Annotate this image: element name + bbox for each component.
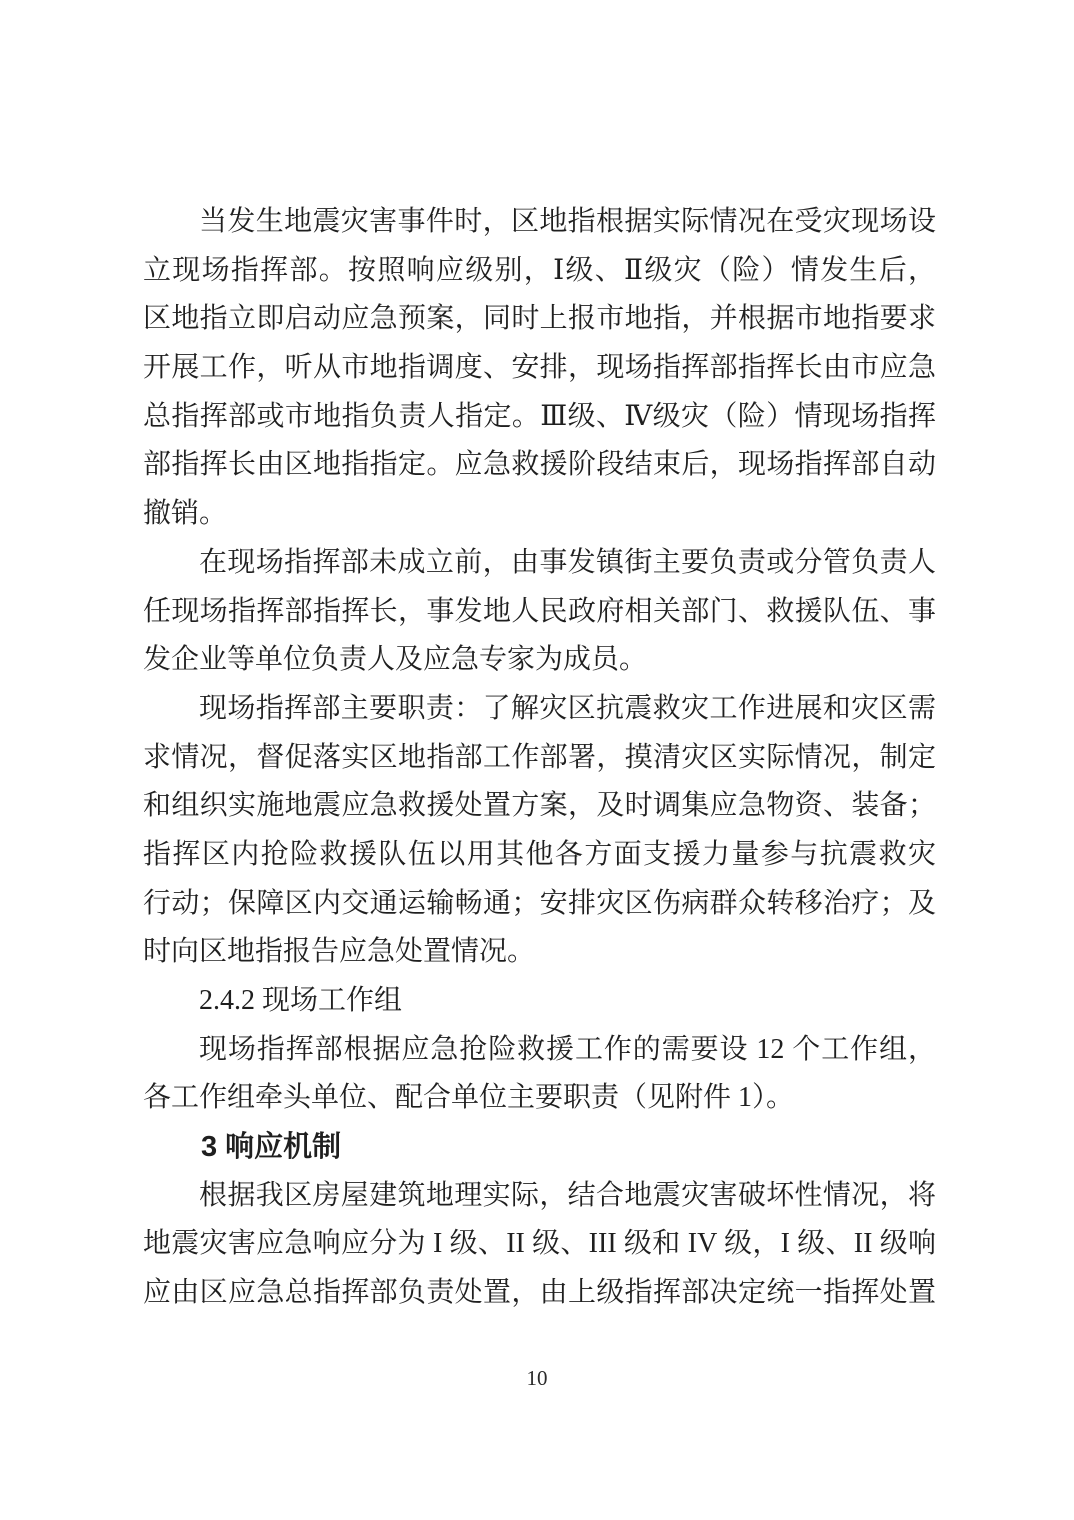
page-footer: 10 <box>0 1366 1074 1391</box>
section-heading: 3 响应机制 <box>143 1123 936 1172</box>
text-line: 总指挥部或市地指负责人指定。Ⅲ级、Ⅳ级灾（险）情现场指挥 <box>143 393 936 442</box>
text-line: 各工作组牵头单位、配合单位主要职责（见附件 1）。 <box>143 1074 936 1123</box>
text-line: 2.4.2 现场工作组 <box>143 977 936 1026</box>
text-line: 区地指立即启动应急预案，同时上报市地指，并根据市地指要求 <box>143 295 936 344</box>
document-page: 当发生地震灾害事件时，区地指根据实际情况在受灾现场设立现场指挥部。按照响应级别，… <box>0 0 1074 1520</box>
text-line: 求情况，督促落实区地指部工作部署，摸清灾区实际情况，制定 <box>143 734 936 783</box>
text-line: 时向区地指报告应急处置情况。 <box>143 928 936 977</box>
text-line: 撤销。 <box>143 490 936 539</box>
text-line: 现场指挥部根据应急抢险救援工作的需要设 12 个工作组， <box>143 1026 936 1075</box>
text-line: 根据我区房屋建筑地理实际，结合地震灾害破坏性情况，将 <box>143 1172 936 1221</box>
text-line: 行动；保障区内交通运输畅通；安排灾区伤病群众转移治疗；及 <box>143 880 936 929</box>
page-number: 10 <box>527 1366 548 1390</box>
text-line: 发企业等单位负责人及应急专家为成员。 <box>143 636 936 685</box>
paragraph: 当发生地震灾害事件时，区地指根据实际情况在受灾现场设立现场指挥部。按照响应级别，… <box>143 198 936 539</box>
text-line: 部指挥长由区地指指定。应急救援阶段结束后，现场指挥部自动 <box>143 441 936 490</box>
paragraph: 现场指挥部主要职责：了解灾区抗震救灾工作进展和灾区需求情况，督促落实区地指部工作… <box>143 685 936 977</box>
text-line: 当发生地震灾害事件时，区地指根据实际情况在受灾现场设 <box>143 198 936 247</box>
text-line: 指挥区内抢险救援队伍以用其他各方面支援力量参与抗震救灾 <box>143 831 936 880</box>
text-line: 3 响应机制 <box>143 1123 936 1172</box>
text-line: 立现场指挥部。按照响应级别，Ⅰ级、Ⅱ级灾（险）情发生后， <box>143 247 936 296</box>
paragraph: 现场指挥部根据应急抢险救援工作的需要设 12 个工作组，各工作组牵头单位、配合单… <box>143 1026 936 1123</box>
subsection-heading: 2.4.2 现场工作组 <box>143 977 936 1026</box>
text-line: 地震灾害应急响应分为 I 级、II 级、III 级和 IV 级，I 级、II 级… <box>143 1220 936 1269</box>
text-line: 开展工作，听从市地指调度、安排，现场指挥部指挥长由市应急 <box>143 344 936 393</box>
paragraph: 在现场指挥部未成立前，由事发镇街主要负责或分管负责人任现场指挥部指挥长，事发地人… <box>143 539 936 685</box>
text-line: 任现场指挥部指挥长，事发地人民政府相关部门、救援队伍、事 <box>143 588 936 637</box>
text-line: 现场指挥部主要职责：了解灾区抗震救灾工作进展和灾区需 <box>143 685 936 734</box>
document-body: 当发生地震灾害事件时，区地指根据实际情况在受灾现场设立现场指挥部。按照响应级别，… <box>143 198 936 1318</box>
text-line: 和组织实施地震应急救援处置方案，及时调集应急物资、装备； <box>143 782 936 831</box>
text-line: 应由区应急总指挥部负责处置，由上级指挥部决定统一指挥处置 <box>143 1269 936 1318</box>
paragraph: 根据我区房屋建筑地理实际，结合地震灾害破坏性情况，将地震灾害应急响应分为 I 级… <box>143 1172 936 1318</box>
text-line: 在现场指挥部未成立前，由事发镇街主要负责或分管负责人 <box>143 539 936 588</box>
